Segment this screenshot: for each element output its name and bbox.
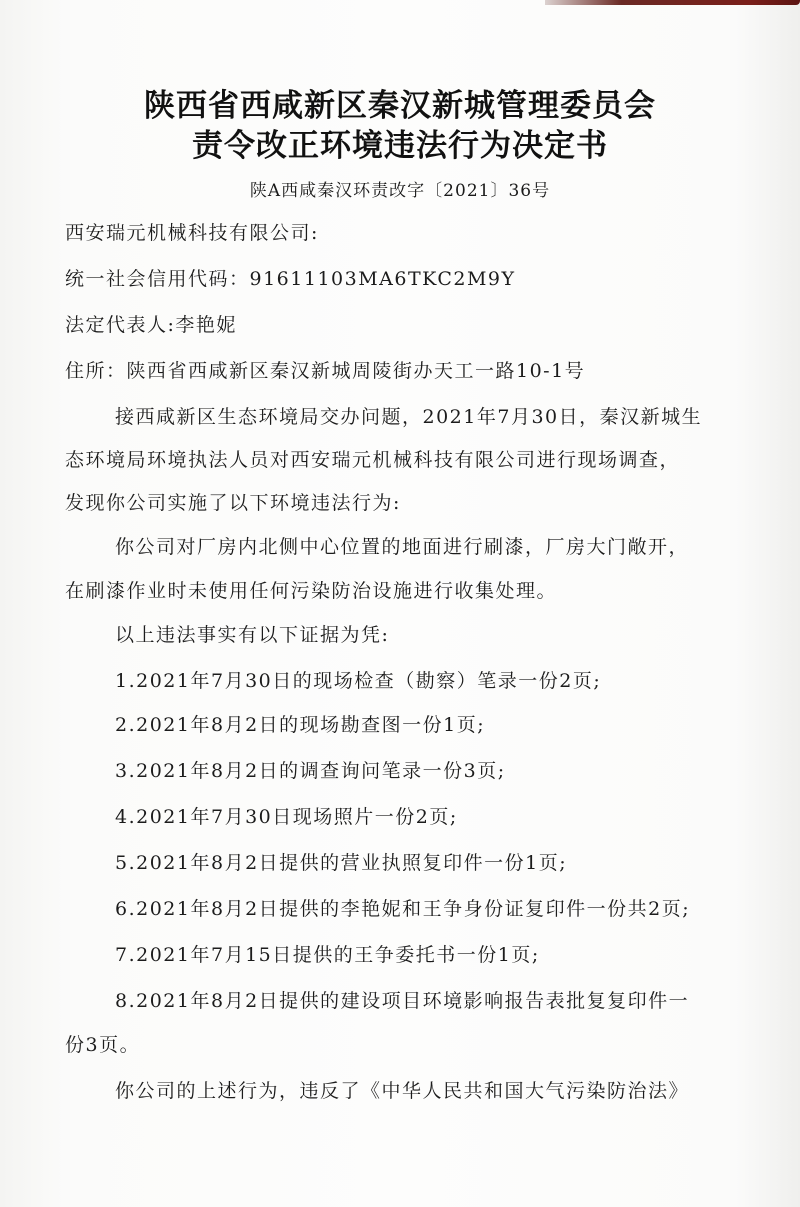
- paragraph1-line1: 接西咸新区生态环境局交办问题，2021年7月30日，秦汉新城生: [115, 402, 702, 429]
- evidence-item: 7.2021年7月15日提供的王争委托书一份1页;: [115, 940, 540, 967]
- evidence-item: 6.2021年8月2日提供的李艳妮和王争身份证复印件一份共2页;: [115, 894, 690, 921]
- evidence-item: 4.2021年7月30日现场照片一份2页;: [115, 802, 458, 829]
- evidence-item: 3.2021年8月2日的调查询问笔录一份3页;: [115, 756, 506, 783]
- paragraph1-line3: 发现你公司实施了以下环境违法行为:: [65, 488, 401, 515]
- document-title-line1: 陕西省西咸新区秦汉新城管理委员会: [0, 80, 800, 125]
- evidence-item: 2.2021年8月2日的现场勘查图一份1页;: [115, 710, 485, 737]
- document-page: 陕西省西咸新区秦汉新城管理委员会 责令改正环境违法行为决定书 陕A西咸秦汉环责改…: [0, 0, 800, 1207]
- document-number: 陕A西咸秦汉环责改字〔2021〕36号: [0, 176, 800, 201]
- evidence-item: 5.2021年8月2日提供的营业执照复印件一份1页;: [115, 848, 567, 875]
- credit-code: 统一社会信用代码：91611103MA6TKC2M9Y: [65, 264, 516, 291]
- paper-edge-decoration: [545, 0, 800, 5]
- conclusion-line: 你公司的上述行为，违反了《中华人民共和国大气污染防治法》: [115, 1076, 689, 1103]
- evidence-item: 1.2021年7月30日的现场检查（勘察）笔录一份2页;: [115, 666, 601, 693]
- evidence-item-continuation: 份3页。: [65, 1030, 140, 1057]
- addressee: 西安瑞元机械科技有限公司:: [65, 218, 319, 245]
- evidence-item: 8.2021年8月2日提供的建设项目环境影响报告表批复复印件一: [115, 986, 689, 1013]
- document-title-line2: 责令改正环境违法行为决定书: [0, 120, 800, 165]
- paragraph2-line2: 在刷漆作业时未使用任何污染防治设施进行收集处理。: [65, 576, 557, 603]
- legal-representative: 法定代表人:李艳妮: [65, 310, 237, 337]
- address: 住所：陕西省西咸新区秦汉新城周陵街办天工一路10-1号: [65, 356, 585, 383]
- paragraph2-line1: 你公司对厂房内北侧中心位置的地面进行刷漆，厂房大门敞开，: [115, 532, 689, 559]
- evidence-intro: 以上违法事实有以下证据为凭:: [115, 620, 389, 647]
- paragraph1-line2: 态环境局环境执法人员对西安瑞元机械科技有限公司进行现场调查，: [65, 445, 680, 472]
